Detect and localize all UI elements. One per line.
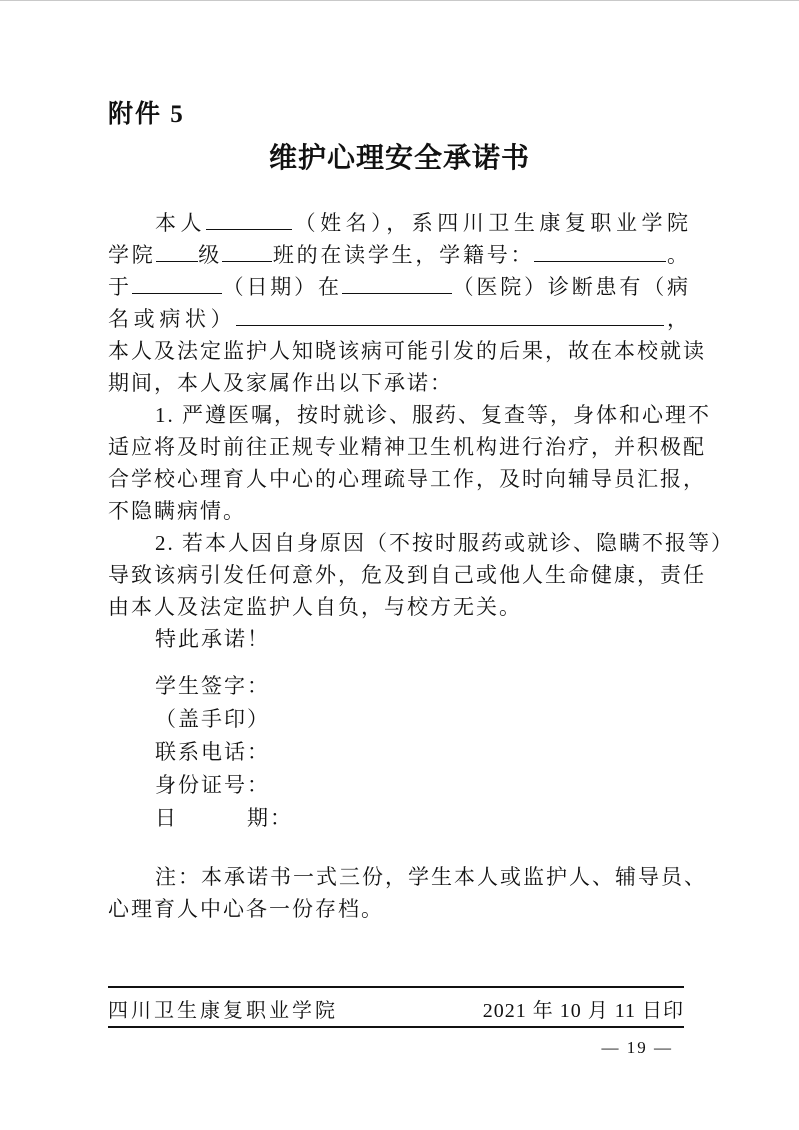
text-line: 适应将及时前往正规专业精神卫生机构进行治疗，并积极配 [108, 431, 690, 463]
blank-field [156, 259, 198, 262]
blank-field [222, 259, 272, 262]
text-line: 合学校心理育人中心的心理疏导工作，及时向辅导员汇报， [108, 463, 690, 495]
footer-print-date: 2021 年 10 月 11 日印 [483, 994, 684, 1023]
attachment-label: 附件 5 [108, 98, 185, 132]
blank-field [206, 227, 292, 230]
blank-field [236, 323, 664, 326]
text-segment: 学生签字： [155, 674, 270, 698]
text-segment: 。 [666, 243, 690, 267]
text-segment: 特此承诺！ [155, 627, 270, 651]
text-segment: （姓名），系四川卫生康复职业学院 [292, 211, 690, 235]
text-line: 2. 若本人因自身原因（不按时服药或就诊、隐瞒不报等） [108, 527, 690, 559]
text-line: 1. 严遵医嘱，按时就诊、服药、复查等，身体和心理不 [108, 399, 690, 431]
text-segment: 1. 严遵医嘱，按时就诊、服药、复查等，身体和心理不 [155, 403, 711, 427]
signature-block: 学生签字：（盖手印）联系电话：身份证号：日 期： [108, 670, 690, 835]
text-line: 学生签字： [108, 670, 690, 703]
text-line: 身份证号： [108, 769, 690, 802]
text-line: 于（日期）在（医院）诊断患有（病 [108, 271, 690, 303]
footer-top-rule [108, 986, 684, 988]
text-segment: 适应将及时前往正规专业精神卫生机构进行治疗，并积极配 [108, 435, 706, 459]
text-line: 由本人及法定监护人自负，与校方无关。 [108, 591, 690, 623]
text-line: 导致该病引发任何意外，危及到自己或他人生命健康，责任 [108, 559, 690, 591]
text-segment: 本人及法定监护人知晓该病可能引发的后果，故在本校就读 [108, 339, 706, 363]
text-segment: 由本人及法定监护人自负，与校方无关。 [108, 595, 522, 619]
text-segment: 班的在读学生，学籍号： [272, 243, 534, 267]
text-segment: （日期）在 [222, 275, 342, 299]
text-segment: 联系电话： [155, 740, 270, 764]
footer-row: 四川卫生康复职业学院 2021 年 10 月 11 日印 [108, 990, 684, 1026]
text-line: 联系电话： [108, 736, 690, 769]
document-page: 附件 5 维护心理安全承诺书 本人（姓名），系四川卫生康复职业学院学院级班的在读… [0, 0, 799, 1130]
page-number: — 19 — [602, 1038, 674, 1058]
text-line: 名或病状）， [108, 303, 690, 335]
text-segment: 身份证号： [155, 773, 270, 797]
text-segment: （盖手印） [155, 707, 270, 731]
text-segment: 心理育人中心各一份存档。 [108, 897, 384, 921]
text-line: 本人（姓名），系四川卫生康复职业学院 [108, 207, 690, 239]
text-line: 心理育人中心各一份存档。 [108, 893, 690, 925]
text-segment: 导致该病引发任何意外，危及到自己或他人生命健康，责任 [108, 563, 706, 587]
text-line: 日 期： [108, 802, 690, 835]
page-title: 维护心理安全承诺书 [0, 140, 799, 178]
text-line: 本人及法定监护人知晓该病可能引发的后果，故在本校就读 [108, 335, 690, 367]
text-segment: 不隐瞒病情。 [108, 499, 246, 523]
text-segment: 日 期： [155, 806, 293, 830]
text-segment: 合学校心理育人中心的心理疏导工作，及时向辅导员汇报， [108, 467, 706, 491]
text-line: 注：本承诺书一式三份，学生本人或监护人、辅导员、 [108, 861, 690, 893]
text-line: 期间，本人及家属作出以下承诺： [108, 367, 690, 399]
footer-bottom-rule [108, 1026, 684, 1028]
text-line: （盖手印） [108, 703, 690, 736]
text-line: 不隐瞒病情。 [108, 495, 690, 527]
text-segment: 名或病状） [108, 307, 236, 331]
text-segment: （医院）诊断患有（病 [452, 275, 690, 299]
blank-field [534, 259, 666, 262]
document-body: 本人（姓名），系四川卫生康复职业学院学院级班的在读学生，学籍号：。于（日期）在（… [108, 207, 690, 655]
text-segment: ， [664, 307, 690, 331]
note-block: 注：本承诺书一式三份，学生本人或监护人、辅导员、心理育人中心各一份存档。 [108, 861, 690, 925]
text-segment: 学院 [108, 243, 156, 267]
blank-field [132, 291, 222, 294]
text-line: 学院级班的在读学生，学籍号：。 [108, 239, 690, 271]
blank-field [342, 291, 452, 294]
text-segment: 期间，本人及家属作出以下承诺： [108, 371, 453, 395]
text-segment: 注：本承诺书一式三份，学生本人或监护人、辅导员、 [155, 865, 707, 889]
text-line: 特此承诺！ [108, 623, 690, 655]
text-segment: 本人 [155, 211, 206, 235]
text-segment: 2. 若本人因自身原因（不按时服药或就诊、隐瞒不报等） [155, 531, 734, 555]
text-segment: 级 [198, 243, 223, 267]
text-segment: 于 [108, 275, 132, 299]
footer-issuer: 四川卫生康复职业学院 [108, 994, 338, 1023]
scan-edge-line [0, 0, 799, 1]
